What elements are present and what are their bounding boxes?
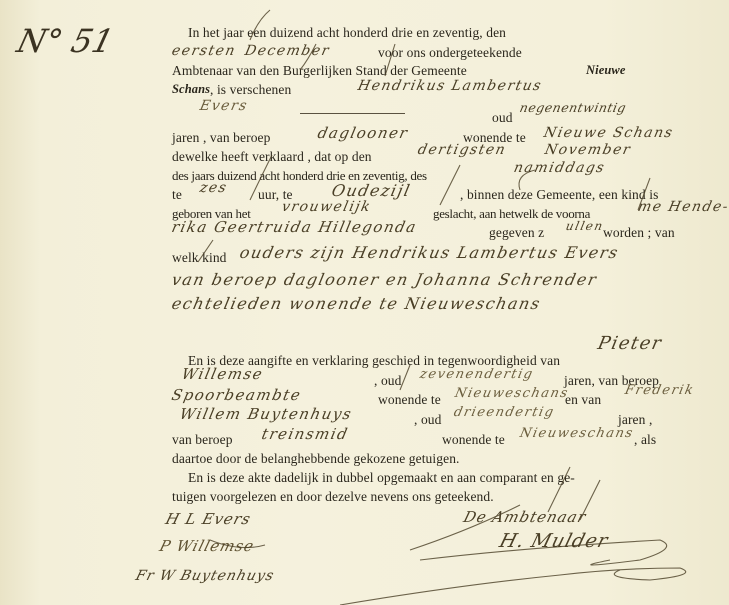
hand-birth-place: Oudezijl bbox=[330, 181, 413, 200]
hand-witness1-profession: Spoorbeambte bbox=[170, 386, 303, 404]
printed-line: van beroep bbox=[172, 432, 233, 448]
signature-declarant: H L Evers bbox=[164, 510, 254, 528]
printed-line: voor ons ondergeteekende bbox=[378, 45, 522, 61]
hand-month: December bbox=[243, 43, 331, 59]
printed-line: te bbox=[172, 187, 182, 203]
hand-day: eersten bbox=[170, 43, 237, 59]
hand-birth-month: November bbox=[543, 142, 632, 158]
hand-witness1-first: Pieter bbox=[596, 333, 664, 354]
printed-line: En is deze akte dadelijk in dubbel opgem… bbox=[188, 470, 575, 486]
hand-birth-day: dertigsten bbox=[416, 142, 508, 158]
printed-line: , als bbox=[634, 432, 656, 448]
printed-line: daartoe door de belanghebbende gekozene … bbox=[172, 451, 460, 467]
hand-witness2-age: drieendertig bbox=[452, 405, 556, 420]
hand-parents-2: van beroep daglooner en Johanna Schrende… bbox=[170, 270, 599, 289]
hand-witness2-mid: Willem Buytenhuys bbox=[178, 405, 354, 423]
printed-line: , binnen deze Gemeente, een kind is bbox=[460, 187, 658, 203]
hand-parents-1: ouders zijn Hendrikus Lambertus Evers bbox=[238, 243, 621, 262]
printed-line: In het jaar een duizend acht honderd dri… bbox=[188, 25, 506, 41]
hand-declarant-first: Hendrikus Lambertus bbox=[356, 78, 543, 94]
municipality-name: Nieuwe bbox=[586, 63, 626, 78]
hand-zal-word: ullen bbox=[565, 219, 606, 233]
signature-official: H. Mulder bbox=[497, 530, 611, 552]
printed-line: tuigen voorgelezen en door dezelve neven… bbox=[172, 489, 494, 505]
hand-witness2-first: Frederik bbox=[623, 383, 695, 398]
hand-hour: zes bbox=[198, 180, 229, 196]
printed-line: wonende te bbox=[378, 392, 441, 408]
printed-line: gegeven z bbox=[489, 225, 544, 241]
printed-line: , is verschenen bbox=[210, 82, 291, 98]
hand-declarant-residence: Nieuwe Schans bbox=[542, 125, 675, 141]
hand-witness2-residence: Nieuweschans bbox=[518, 426, 635, 441]
document-page: N° 51 In het jaar een duizend acht honde… bbox=[0, 0, 729, 605]
hand-name-cont: me Hende- bbox=[636, 199, 729, 215]
printed-line: , oud bbox=[414, 412, 442, 428]
signature-witness2: Fr W Buytenhuys bbox=[134, 568, 276, 584]
printed-line: wonende te bbox=[442, 432, 505, 448]
municipality-name-2: Schans bbox=[172, 82, 210, 97]
hand-declarant-profession: daglooner bbox=[316, 124, 410, 142]
printed-line: jaren , van beroep bbox=[172, 130, 271, 146]
hand-sex: vrouwelijk bbox=[280, 199, 373, 215]
official-title: De Ambtenaar bbox=[462, 508, 589, 526]
printed-line: , oud bbox=[374, 373, 402, 389]
signature-witness1: P Willemse bbox=[158, 537, 257, 555]
printed-line: welk kind bbox=[172, 250, 227, 266]
printed-line: worden ; van bbox=[603, 225, 675, 241]
hand-witness1-residence: Nieuweschans bbox=[453, 386, 570, 401]
printed-line: dewelke heeft verklaard , dat op den bbox=[172, 149, 372, 165]
hand-declarant-age: negenentwintig bbox=[518, 100, 627, 115]
hand-witness1-last: Willemse bbox=[180, 365, 265, 383]
hand-witness2-profession: treinsmid bbox=[260, 425, 350, 443]
printed-line: Ambtenaar van den Burgerlijken Stand der… bbox=[172, 63, 467, 79]
printed-line: en van bbox=[565, 392, 601, 408]
blank-rule bbox=[300, 113, 405, 114]
hand-time-of-day: namiddags bbox=[512, 160, 606, 176]
printed-line: oud bbox=[492, 110, 513, 126]
hand-child-name: rika Geertruida Hillegonda bbox=[170, 218, 419, 236]
hand-witness1-age: zevenendertig bbox=[418, 367, 535, 382]
hand-declarant-last: Evers bbox=[198, 98, 249, 114]
hand-parents-3: echtelieden wonende te Nieuweschans bbox=[170, 294, 543, 313]
record-number: N° 51 bbox=[13, 22, 117, 60]
